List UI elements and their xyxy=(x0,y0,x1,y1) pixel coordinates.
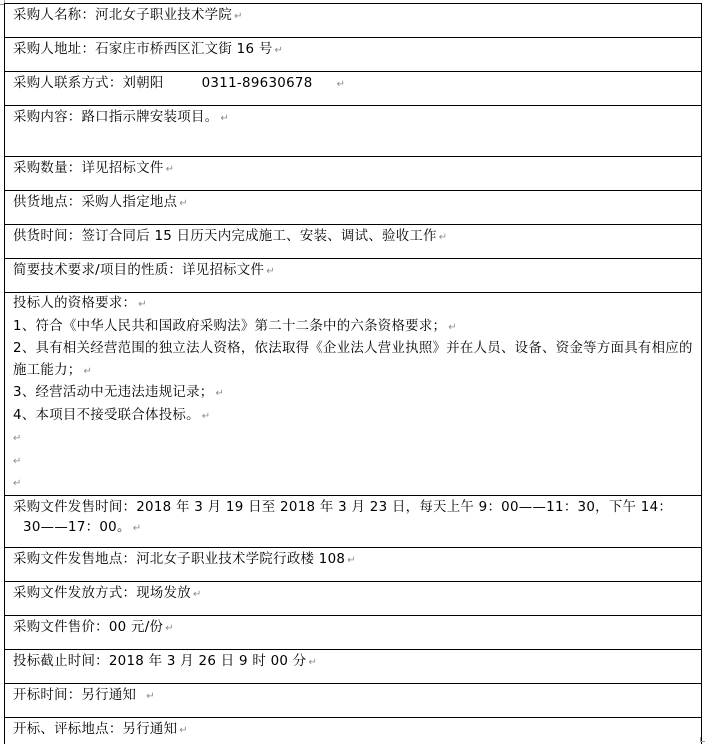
field-label: 开标时间： xyxy=(13,688,81,703)
paragraph-mark-icon: ↵ xyxy=(275,45,283,56)
cell-purchaser-contact[interactable]: 采购人联系方式：刘朝阳0311-89630678↵ xyxy=(5,72,702,106)
field-value: 路口指示牌安装项目。 xyxy=(81,110,218,125)
cell-delivery-time[interactable]: 供货时间：签订合同后 15 日历天内完成施工、安装、调试、验收工作↵ xyxy=(5,225,702,259)
table-resize-handle[interactable] xyxy=(700,737,705,742)
empty-paragraph: ↵ xyxy=(13,450,701,473)
qualification-item-text: 2、具有相关经营范围的独立法人资格，依法取得《企业法人营业执照》并在人员、设备、… xyxy=(13,341,693,378)
qualifications-title-text: 投标人的资格要求： xyxy=(13,296,136,311)
paragraph-mark-icon: ↵ xyxy=(166,164,174,175)
field-label: 采购人联系方式： xyxy=(13,76,123,91)
paragraph-mark-icon: ↵ xyxy=(83,366,91,377)
field-value: 详见招标文件 xyxy=(182,263,264,278)
paragraph-mark-icon: ↵ xyxy=(179,198,187,209)
table-row-qualifications: 投标人的资格要求：↵ 1、符合《中华人民共和国政府采购法》第二十二条中的六条资格… xyxy=(5,293,702,496)
table-row-document-price: 采购文件售价：00 元/份↵ xyxy=(5,615,702,649)
qualification-item-1: 1、符合《中华人民共和国政府采购法》第二十二条中的六条资格要求；↵ xyxy=(13,316,701,339)
contact-name: 刘朝阳 xyxy=(123,76,164,91)
paragraph-mark-icon: ↵ xyxy=(133,523,141,534)
field-label: 采购内容： xyxy=(13,110,81,125)
qualification-item-text: 4、本项目不接受联合体投标。 xyxy=(13,408,200,423)
field-label: 采购文件发放方式： xyxy=(13,586,136,601)
field-label: 采购文件发售时间： xyxy=(13,500,136,515)
contact-phone: 0311-89630678 xyxy=(202,76,313,91)
field-label: 采购人地址： xyxy=(13,42,95,57)
table-row-sale-time: 采购文件发售时间：2018 年 3 月 19 日至 2018 年 3 月 23 … xyxy=(5,495,702,547)
cell-qualifications[interactable]: 投标人的资格要求：↵ 1、符合《中华人民共和国政府采购法》第二十二条中的六条资格… xyxy=(5,293,702,496)
field-value: 另行通知 xyxy=(123,722,178,737)
cell-purchaser-address[interactable]: 采购人地址：石家庄市桥西区汇文街 16 号↵ xyxy=(5,38,702,72)
paragraph-mark-icon: ↵ xyxy=(202,411,210,422)
field-label: 供货地点： xyxy=(13,195,81,210)
cell-sale-time[interactable]: 采购文件发售时间：2018 年 3 月 19 日至 2018 年 3 月 23 … xyxy=(5,495,702,547)
field-value: 签订合同后 15 日历天内完成施工、安装、调试、验收工作 xyxy=(81,229,436,244)
field-label: 供货时间： xyxy=(13,229,81,244)
cell-quantity[interactable]: 采购数量：详见招标文件↵ xyxy=(5,157,702,191)
field-value: 河北女子职业技术学院行政楼 108 xyxy=(136,552,345,567)
cell-delivery-location[interactable]: 供货地点：采购人指定地点↵ xyxy=(5,191,702,225)
field-label: 开标、评标地点： xyxy=(13,722,123,737)
paragraph-mark-icon: ↵ xyxy=(347,555,355,566)
qualifications-title: 投标人的资格要求：↵ xyxy=(13,293,701,316)
qualification-item-2: 2、具有相关经营范围的独立法人资格，依法取得《企业法人营业执照》并在人员、设备、… xyxy=(13,338,701,382)
table-row-delivery-time: 供货时间：签订合同后 15 日历天内完成施工、安装、调试、验收工作↵ xyxy=(5,225,702,259)
paragraph-mark-icon: ↵ xyxy=(448,322,456,333)
field-value: 另行通知 xyxy=(81,688,136,703)
field-label: 简要技术要求/项目的性质： xyxy=(13,263,182,278)
field-label: 投标截止时间： xyxy=(13,654,109,669)
field-value: 石家庄市桥西区汇文街 16 号 xyxy=(95,42,272,57)
paragraph-mark-icon: ↵ xyxy=(13,478,21,489)
qualification-item-3: 3、经营活动中无违法违规记录；↵ xyxy=(13,382,701,405)
field-value: 2018 年 3 月 19 日至 2018 年 3 月 23 日，每天上午 9：… xyxy=(136,500,672,515)
field-value: 现场发放 xyxy=(136,586,191,601)
table-row-delivery-location: 供货地点：采购人指定地点↵ xyxy=(5,191,702,225)
table-row-procurement-content: 采购内容：路口指示牌安装项目。↵ xyxy=(5,106,702,157)
procurement-info-table: 采购人名称：河北女子职业技术学院↵ 采购人地址：石家庄市桥西区汇文街 16 号↵… xyxy=(4,3,702,744)
paragraph-mark-icon: ↵ xyxy=(216,388,224,399)
field-value: 采购人指定地点 xyxy=(81,195,177,210)
field-value: 详见招标文件 xyxy=(81,161,163,176)
empty-paragraph: ↵ xyxy=(13,472,701,495)
field-label: 采购文件发售地点： xyxy=(13,552,136,567)
paragraph-mark-icon: ↵ xyxy=(13,456,21,467)
paragraph-mark-icon: ↵ xyxy=(13,433,21,444)
table-row-quantity: 采购数量：详见招标文件↵ xyxy=(5,157,702,191)
field-value: 00 元/份 xyxy=(109,620,163,635)
paragraph-mark-icon: ↵ xyxy=(309,657,317,668)
cell-procurement-content[interactable]: 采购内容：路口指示牌安装项目。↵ xyxy=(5,106,702,157)
paragraph-mark-icon: ↵ xyxy=(146,691,154,702)
field-value: 河北女子职业技术学院 xyxy=(95,8,232,23)
table-row-tech-requirements: 简要技术要求/项目的性质：详见招标文件↵ xyxy=(5,259,702,293)
paragraph-mark-icon: ↵ xyxy=(266,266,274,277)
table-row-bid-deadline: 投标截止时间：2018 年 3 月 26 日 9 时 00 分↵ xyxy=(5,649,702,683)
field-value-continued: 30——17：00。 xyxy=(23,520,131,535)
cell-document-price[interactable]: 采购文件售价：00 元/份↵ xyxy=(5,615,702,649)
paragraph-mark-icon: ↵ xyxy=(337,79,345,90)
cell-opening-location[interactable]: 开标、评标地点：另行通知↵ xyxy=(5,717,702,744)
table-row-purchaser-address: 采购人地址：石家庄市桥西区汇文街 16 号↵ xyxy=(5,38,702,72)
field-label: 采购文件售价： xyxy=(13,620,109,635)
empty-paragraph: ↵ xyxy=(13,427,701,450)
field-label: 采购人名称： xyxy=(13,8,95,23)
table-row-purchaser-name: 采购人名称：河北女子职业技术学院↵ xyxy=(5,4,702,38)
sale-time-line-2: 30——17：00。↵ xyxy=(13,518,701,539)
qualification-item-text: 1、符合《中华人民共和国政府采购法》第二十二条中的六条资格要求； xyxy=(13,319,446,334)
paragraph-mark-icon: ↵ xyxy=(439,232,447,243)
cell-tech-requirements[interactable]: 简要技术要求/项目的性质：详见招标文件↵ xyxy=(5,259,702,293)
field-value: 2018 年 3 月 26 日 9 时 00 分 xyxy=(109,654,307,669)
cell-purchaser-name[interactable]: 采购人名称：河北女子职业技术学院↵ xyxy=(5,4,702,38)
cell-sale-location[interactable]: 采购文件发售地点：河北女子职业技术学院行政楼 108↵ xyxy=(5,547,702,581)
qualification-item-text: 3、经营活动中无违法违规记录； xyxy=(13,385,214,400)
paragraph-mark-icon: ↵ xyxy=(220,113,228,124)
table-row-opening-time: 开标时间：另行通知↵ xyxy=(5,683,702,717)
paragraph-mark-icon: ↵ xyxy=(179,725,187,736)
field-label: 采购数量： xyxy=(13,161,81,176)
paragraph-mark-icon: ↵ xyxy=(165,623,173,634)
cell-distribution-method[interactable]: 采购文件发放方式：现场发放↵ xyxy=(5,581,702,615)
cell-bid-deadline[interactable]: 投标截止时间：2018 年 3 月 26 日 9 时 00 分↵ xyxy=(5,649,702,683)
paragraph-mark-icon: ↵ xyxy=(234,11,242,22)
paragraph-mark-icon: ↵ xyxy=(193,589,201,600)
paragraph-mark-icon: ↵ xyxy=(138,299,146,310)
table-row-sale-location: 采购文件发售地点：河北女子职业技术学院行政楼 108↵ xyxy=(5,547,702,581)
table-row-opening-location: 开标、评标地点：另行通知↵ xyxy=(5,717,702,744)
table-row-purchaser-contact: 采购人联系方式：刘朝阳0311-89630678↵ xyxy=(5,72,702,106)
table-row-distribution-method: 采购文件发放方式：现场发放↵ xyxy=(5,581,702,615)
qualification-item-4: 4、本项目不接受联合体投标。↵ xyxy=(13,405,701,428)
sale-time-line-1: 采购文件发售时间：2018 年 3 月 19 日至 2018 年 3 月 23 … xyxy=(13,498,701,518)
cell-opening-time[interactable]: 开标时间：另行通知↵ xyxy=(5,683,702,717)
